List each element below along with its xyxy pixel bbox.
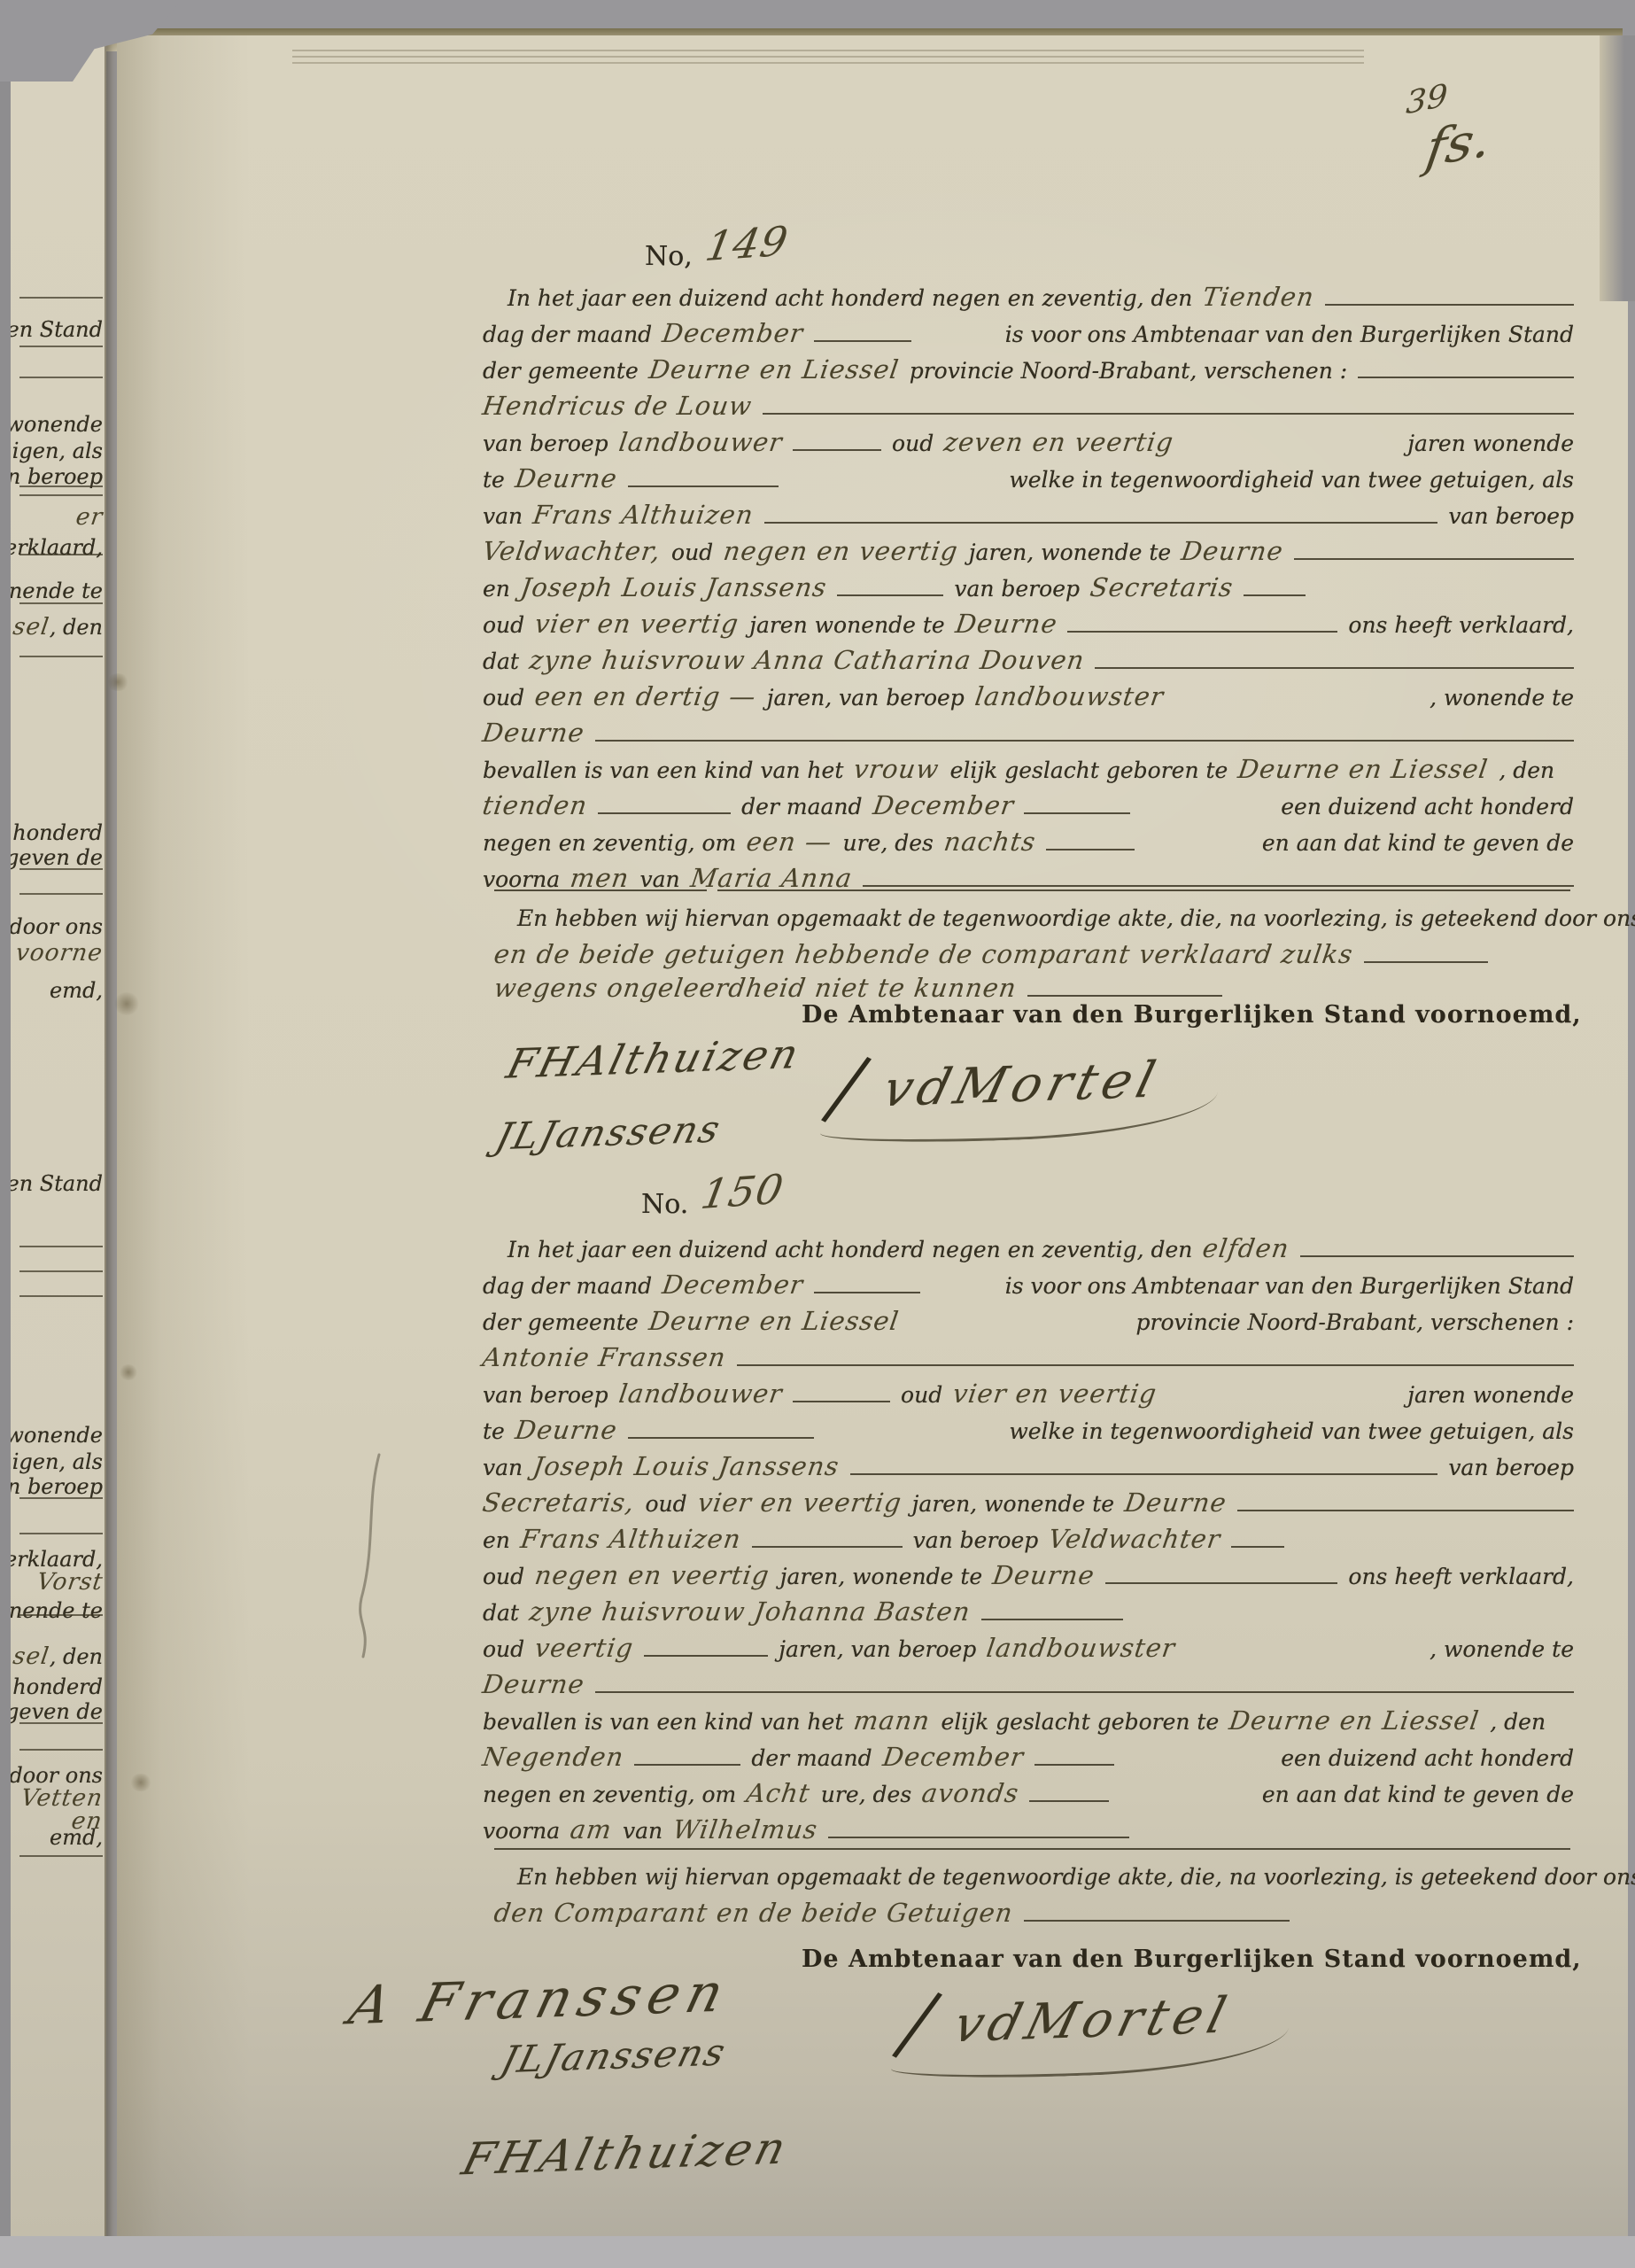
form-line: negen en zeventig, omAchture, desavondse… (483, 1778, 1574, 1814)
blank-line-rule (19, 656, 103, 657)
scan-edge-left (0, 0, 11, 2268)
margin-fragment: emd, (50, 978, 103, 1003)
printed-text: In het jaar een duizend acht honderd neg… (508, 1237, 1192, 1262)
handwritten-text: sel (12, 1643, 51, 1670)
handwritten-text: Hendricus de Louw (481, 391, 755, 421)
printed-text: der gemeente (483, 358, 639, 384)
printed-text: van beroep (1448, 1455, 1574, 1480)
margin-fragment: van beroep (0, 1474, 103, 1499)
printed-text: , den (1499, 757, 1554, 783)
blank-line-rule (19, 554, 103, 555)
printed-text: en aan dat kind te geven de (1262, 1782, 1574, 1807)
margin-fragment: getuigen, als (0, 1449, 103, 1474)
printed-text: jaren wonende (1407, 431, 1574, 456)
printed-text: oud (483, 1564, 524, 1589)
blank-line-rule (1244, 591, 1306, 596)
handwritten-text: elfden (1201, 1233, 1291, 1263)
form-line: van beroeplandbouweroudvier en veertigja… (483, 1379, 1574, 1415)
handwritten-text: Wilhelmus (671, 1814, 820, 1845)
form-line: Deurne (483, 1669, 1574, 1705)
form-line: enJoseph Louis Janssensvan beroepSecreta… (483, 572, 1574, 609)
pencil-mark-icon (344, 1449, 391, 1662)
stain-spot (129, 1774, 152, 1791)
form-line: oudvier en veertigjaren wonende teDeurne… (483, 609, 1574, 645)
blank-line-rule (1105, 1579, 1337, 1584)
blank-line-rule (814, 337, 911, 342)
form-line: datzyne huisvrouw Johanna Basten (483, 1596, 1574, 1633)
printed-text: van beroep (483, 1382, 608, 1408)
page-flourish-mark: fs. (1422, 108, 1495, 178)
printed-text: , wonende te (1430, 685, 1574, 711)
printed-text: voorna (483, 1818, 560, 1844)
handwritten-text: Deurne (513, 463, 619, 493)
printed-text: oud (483, 1636, 524, 1662)
form-line: oudeen en dertig —jaren, van beroeplandb… (483, 681, 1574, 718)
handwritten-text: Secretaris, (481, 1487, 637, 1518)
register-scan: lijken Standaren wonendegetuigen, alsvan… (0, 0, 1635, 2268)
blank-line-rule (494, 1845, 1570, 1850)
blank-line-rule (595, 1688, 1574, 1693)
margin-fragment: emd, (50, 1825, 103, 1850)
handwritten-text: landbouwer (616, 1379, 784, 1409)
signature: JLJanssens (497, 2031, 732, 2082)
act-149-body: In het jaar een duizend acht honderd neg… (483, 282, 1574, 899)
act-number-label: No. (641, 1189, 688, 1220)
printed-text: te geven de (0, 1699, 103, 1724)
handwritten-text: December (661, 318, 806, 348)
act-number-handwritten: 150 (698, 1165, 788, 1218)
blank-line-rule (752, 1542, 903, 1548)
blank-line-rule (1300, 1252, 1574, 1257)
form-line: den Comparant en de beide Getuigen (494, 1898, 1570, 1931)
form-line: teDeurnewelke in tegenwoordigheid van tw… (483, 463, 1574, 500)
printed-text: lijken Stand (0, 1171, 103, 1196)
margin-fragment: , wonende te (0, 579, 103, 603)
blank-line-rule (793, 1397, 890, 1402)
handwritten-text: Joseph Louis Janssens (531, 1451, 841, 1481)
form-line: En hebben wij hiervan opgemaakt de tegen… (494, 1864, 1570, 1898)
blank-line-rule (19, 1533, 103, 1534)
form-line: oudnegen en veertigjaren, wonende teDeur… (483, 1560, 1574, 1596)
registrar-title-line: De Ambtenaar van den Burgerlijken Stand … (802, 1001, 1582, 1029)
blank-line-rule (1095, 664, 1574, 669)
act-150-heading: No.150 (641, 1175, 783, 1223)
handwritten-text: voorne (14, 939, 105, 967)
blank-line-rule (19, 494, 103, 496)
blank-line-rule (598, 809, 731, 814)
printed-text: oud (671, 540, 713, 565)
margin-fragment: sel, den (13, 613, 103, 641)
printed-text: ure, des (821, 1782, 911, 1807)
handwritten-text: vrouw (852, 754, 941, 784)
form-line: En hebben wij hiervan opgemaakt de tegen… (494, 905, 1570, 939)
handwritten-text: Deurne (481, 1669, 587, 1699)
handwritten-text: nachts (942, 827, 1038, 857)
printed-text: en (483, 1527, 510, 1553)
form-line: Hendricus de Louw (483, 391, 1574, 427)
signature: JLJanssens (492, 1107, 726, 1159)
handwritten-text: landbouwster (985, 1633, 1178, 1663)
handwritten-text: Tienden (1201, 282, 1317, 312)
form-line: Deurne (483, 718, 1574, 754)
blank-line-rule (1027, 991, 1222, 997)
printed-text: van beroep (1448, 503, 1574, 529)
stain-spot (119, 1364, 138, 1380)
printed-text: , wonende te (0, 579, 103, 603)
form-line: Negendender maandDecembereen duizend ach… (483, 1742, 1574, 1778)
margin-fragment: getuigen, als (0, 439, 103, 463)
printed-text: ure, des (843, 830, 934, 856)
signature: vdMortel (948, 1987, 1236, 2054)
margin-fragment: end door ons (0, 914, 103, 939)
facing-page-sliver: lijken Standaren wonendegetuigen, alsvan… (11, 35, 106, 2236)
printed-text: van beroep (483, 431, 608, 456)
sheet-edges-texture (292, 50, 1364, 64)
form-line: der gemeenteDeurne en Liesselprovincie N… (483, 354, 1574, 391)
printed-text: oud (483, 685, 524, 711)
printed-text: dat (483, 1600, 519, 1626)
printed-text: jaren, wonende te (969, 540, 1171, 565)
margin-fragment: acht honderd (0, 1674, 103, 1699)
form-line: oudveertigjaren, van beroeplandbouwster,… (483, 1633, 1574, 1669)
margin-fragment: er (76, 503, 103, 531)
handwritten-text: Frans Althuizen (531, 500, 756, 530)
handwritten-text: Deurne (1180, 536, 1286, 566)
printed-text: en (483, 576, 510, 602)
form-line: dag der maandDecemberis voor ons Ambtena… (483, 1270, 1574, 1306)
handwritten-text: den Comparant en de beide Getuigen (492, 1898, 1015, 1928)
blank-line-rule (628, 1433, 814, 1439)
blank-line-rule (1364, 958, 1488, 963)
blank-line-rule (19, 1614, 103, 1616)
handwritten-text: zyne huisvrouw Anna Catharina Douven (528, 645, 1087, 675)
printed-text: aren wonende (0, 412, 103, 437)
handwritten-text: tienden (481, 790, 590, 820)
printed-text: emd, (50, 1825, 103, 1850)
handwritten-text: negen en veertig (722, 536, 960, 566)
printed-text: jaren, van beroep (779, 1636, 976, 1662)
handwritten-text: Deurne (481, 718, 587, 748)
printed-text: dag der maand (483, 1273, 652, 1299)
handwritten-text: en de beide getuigen hebbende de compara… (492, 939, 1355, 969)
blank-line-rule (19, 1855, 103, 1857)
printed-text: ons heeft verklaard, (1348, 612, 1574, 638)
blank-line-rule (19, 1749, 103, 1751)
handwritten-text: Deurne (513, 1415, 619, 1445)
form-line: Antonie Franssen (483, 1342, 1574, 1379)
printed-text: te (483, 1418, 505, 1444)
blank-line-rule (1325, 300, 1574, 306)
printed-text: jaren, van beroep (767, 685, 965, 711)
printed-text: getuigen, als (0, 1449, 103, 1474)
handwritten-text: Deurne en Liessel (647, 354, 901, 384)
printed-text: is voor ons Ambtenaar van den Burgerlijk… (1005, 322, 1574, 347)
blank-line-rule (19, 868, 103, 870)
handwritten-text: am (569, 1814, 615, 1845)
blank-line-rule (1231, 1542, 1284, 1548)
margin-fragment: acht honderd (0, 820, 103, 845)
blank-line-rule (19, 377, 103, 378)
printed-text: ren, wonende (0, 1423, 103, 1448)
handwritten-text: Deurne (991, 1560, 1097, 1590)
printed-text: En hebben wij hiervan opgemaakt de tegen… (517, 1864, 1635, 1890)
blank-line-rule (837, 591, 943, 596)
printed-text: bevallen is van een kind van het (483, 757, 843, 783)
blank-line-rule (828, 1833, 1129, 1838)
form-line: negen en zeventig, omeen —ure, desnachts… (483, 827, 1574, 863)
margin-fragment: sel, den (13, 1643, 103, 1670)
stain-spot (113, 992, 140, 1015)
handwritten-text: mann (852, 1705, 933, 1736)
blank-line-rule (494, 886, 707, 891)
form-line: vanFrans Althuizenvan beroep (483, 500, 1574, 536)
printed-text: oud (645, 1491, 686, 1517)
printed-text: , wonende te (0, 1598, 103, 1623)
handwritten-text: wegens ongeleerdheid niet te kunnen (492, 973, 1019, 1003)
blank-line-rule (19, 297, 103, 299)
handwritten-text: Frans Althuizen (519, 1524, 743, 1554)
printed-text: een duizend acht honderd (1281, 1745, 1574, 1771)
blank-line-rule (19, 346, 103, 347)
handwritten-text: zeven en veertig (942, 427, 1176, 457)
printed-text: een duizend acht honderd (1281, 794, 1574, 819)
printed-text: van beroep (954, 576, 1080, 602)
printed-text: der maand (741, 794, 862, 819)
form-line: tiendender maandDecembereen duizend acht… (483, 790, 1574, 827)
blank-line-rule (814, 1288, 920, 1293)
printed-text: jaren wonende te (749, 612, 944, 638)
printed-text: acht honderd (0, 820, 103, 845)
handwritten-text: December (871, 790, 1016, 820)
blank-line-rule (1046, 845, 1135, 850)
act-150-closing: En hebben wij hiervan opgemaakt de tegen… (494, 1845, 1570, 1931)
printed-text: welke in tegenwoordigheid van twee getui… (1009, 467, 1574, 493)
handwritten-text: Secretaris (1089, 572, 1236, 602)
blank-line-rule (1358, 373, 1574, 378)
form-line: vanJoseph Louis Janssensvan beroep (483, 1451, 1574, 1487)
margin-fragment: ft verklaard, (0, 535, 103, 560)
form-line: bevallen is van een kind van hetvrouweli… (483, 754, 1574, 790)
blank-line-rule (644, 1651, 768, 1657)
handwritten-text: vier en veertig (695, 1487, 903, 1518)
printed-text: te (483, 467, 505, 493)
handwritten-text: vier en veertig (951, 1379, 1159, 1409)
printed-text: negen en zeventig, om (483, 830, 736, 856)
handwritten-text: Deurne (1123, 1487, 1229, 1518)
printed-text: ons heeft verklaard, (1348, 1564, 1574, 1589)
handwritten-text: December (661, 1270, 806, 1300)
printed-text: jaren, wonende te (780, 1564, 982, 1589)
handwritten-text: Deurne en Liessel (1236, 754, 1491, 784)
printed-text: elijk geslacht geboren te (950, 757, 1228, 783)
handwritten-text: Veldwachter, (481, 536, 663, 566)
handwritten-text: Joseph Louis Janssens (519, 572, 829, 602)
printed-text: van beroep (913, 1527, 1039, 1553)
blank-line-rule (1067, 627, 1337, 633)
printed-text: dat (483, 649, 519, 674)
printed-text: welke in tegenwoordigheid van twee getui… (1009, 1418, 1574, 1444)
printed-text: oud (892, 431, 934, 456)
printed-text: van (483, 1455, 523, 1480)
form-line: Veldwachter,oudnegen en veertigjaren, wo… (483, 536, 1574, 572)
printed-text: elijk geslacht geboren te (941, 1709, 1220, 1735)
printed-text: van (483, 503, 523, 529)
form-line: dag der maandDecemberis voor ons Ambtena… (483, 318, 1574, 354)
printed-text: van (623, 1818, 663, 1844)
printed-text: ft verklaard, (0, 535, 103, 560)
printed-text: , den (50, 1644, 103, 1669)
handwritten-text: een — (745, 827, 834, 857)
handwritten-text: Negenden (481, 1742, 626, 1772)
margin-fragment: lijken Stand (0, 1171, 103, 1196)
form-line: In het jaar een duizend acht honderd neg… (483, 282, 1574, 318)
printed-text: En hebben wij hiervan opgemaakt de tegen… (517, 905, 1635, 931)
blank-line-rule (19, 485, 103, 487)
form-line: van beroeplandbouweroudzeven en veertigj… (483, 427, 1574, 463)
blank-line-rule (19, 1722, 103, 1724)
margin-fragment: , wonende te (0, 1598, 103, 1623)
form-line (494, 886, 1570, 905)
handwritten-text: vier en veertig (533, 609, 741, 639)
handwritten-text: veertig (533, 1633, 636, 1663)
printed-text: jaren, wonende te (912, 1491, 1114, 1517)
printed-text: emd, (50, 978, 103, 1003)
act-149-heading: No,149 (645, 227, 787, 275)
blank-line-rule (793, 446, 881, 451)
blank-line-rule (19, 1270, 103, 1272)
printed-text: bevallen is van een kind van het (483, 1709, 843, 1735)
blank-line-rule (981, 1615, 1123, 1620)
blank-line-rule (1237, 1506, 1574, 1511)
handwritten-text: landbouwer (616, 427, 784, 457)
printed-text: der maand (751, 1745, 872, 1771)
blank-line-rule (634, 1760, 740, 1766)
form-line: bevallen is van een kind van hetmannelij… (483, 1705, 1574, 1742)
signature: vdMortel (877, 1052, 1166, 1119)
handwritten-text: Deurne en Liessel (647, 1306, 901, 1336)
handwritten-text: Vorst (35, 1568, 105, 1596)
handwritten-text: negen en veertig (533, 1560, 771, 1590)
blank-line-rule (1024, 809, 1130, 814)
printed-text: lijken Stand (0, 317, 103, 342)
printed-text: te geven de (0, 845, 103, 870)
form-line: enFrans Althuizenvan beroepVeldwachter (483, 1524, 1574, 1560)
margin-fragment: ren, wonende (0, 1423, 103, 1448)
scan-edge-bottom (0, 2236, 1635, 2268)
blank-line-rule (19, 602, 103, 604)
handwritten-text: er (74, 503, 105, 531)
margin-fragment: lijken Stand (0, 317, 103, 342)
blank-line-rule (595, 736, 1574, 742)
stain-spot (106, 673, 129, 691)
printed-text: oud (901, 1382, 942, 1408)
registrar-title-line: De Ambtenaar van den Burgerlijken Stand … (802, 1946, 1582, 1973)
act-150-body: In het jaar een duizend acht honderd neg… (483, 1233, 1574, 1851)
handwritten-text: Deurne (953, 609, 1059, 639)
printed-text: acht honderd (0, 1674, 103, 1699)
handwritten-text: avonds (920, 1778, 1021, 1808)
margin-fragment: Vorst (37, 1568, 103, 1596)
blank-line-rule (1024, 1916, 1290, 1922)
handwritten-text: landbouwster (972, 681, 1166, 711)
printed-text: en aan dat kind te geven de (1262, 830, 1574, 856)
handwritten-text: zyne huisvrouw Johanna Basten (528, 1596, 972, 1627)
handwritten-text: een en dertig — (533, 681, 758, 711)
blank-line-rule (764, 518, 1438, 524)
act-149-closing: En hebben wij hiervan opgemaakt de tegen… (494, 886, 1570, 1006)
blank-line-rule (19, 893, 103, 895)
handwritten-text: Antonie Franssen (481, 1342, 728, 1372)
blank-line-rule (19, 1246, 103, 1247)
printed-text: , wonende te (1430, 1636, 1574, 1662)
printed-text: , den (1490, 1709, 1546, 1735)
form-line (494, 1845, 1570, 1864)
blank-line-rule (1034, 1760, 1114, 1766)
printed-text: In het jaar een duizend acht honderd neg… (508, 285, 1192, 311)
handwritten-text: Deurne en Liessel (1228, 1705, 1482, 1736)
printed-text: negen en zeventig, om (483, 1782, 736, 1807)
printed-text: provincie Noord-Brabant, verschenen : (910, 358, 1347, 384)
margin-fragment: voorne (16, 939, 103, 967)
page-right-edge (1600, 35, 1635, 301)
printed-text: , den (50, 615, 103, 640)
form-line: Secretaris,oudvier en veertigjaren, wone… (483, 1487, 1574, 1524)
printed-text: end door ons (0, 914, 103, 939)
blank-line-rule (19, 1497, 103, 1499)
handwritten-text: sel (12, 613, 51, 641)
printed-text: getuigen, als (0, 439, 103, 463)
blank-line-rule (763, 409, 1574, 415)
blank-line-rule (628, 482, 779, 487)
blank-line-rule (717, 886, 1570, 891)
blank-line-rule (1294, 555, 1574, 560)
handwritten-text: December (880, 1742, 1026, 1772)
margin-fragment: aren wonende (0, 412, 103, 437)
blank-line-rule (850, 1470, 1438, 1475)
margin-fragment: te geven de (0, 845, 103, 870)
blank-line-rule (1029, 1797, 1109, 1802)
act-number-handwritten: 149 (701, 217, 792, 270)
handwritten-text: Acht (745, 1778, 812, 1808)
printed-text: jaren wonende (1407, 1382, 1574, 1408)
blank-line-rule (19, 1295, 103, 1297)
form-line: der gemeenteDeurne en Liesselprovincie N… (483, 1306, 1574, 1342)
printed-text: der gemeente (483, 1309, 639, 1335)
printed-text: dag der maand (483, 322, 652, 347)
margin-fragment: te geven de (0, 1699, 103, 1724)
form-line: teDeurnewelke in tegenwoordigheid van tw… (483, 1415, 1574, 1451)
form-line: en de beide getuigen hebbende de compara… (494, 939, 1570, 973)
printed-text: provincie Noord-Brabant, verschenen : (1136, 1309, 1574, 1335)
blank-line-rule (737, 1361, 1574, 1366)
printed-text: oud (483, 612, 524, 638)
act-number-label: No, (645, 241, 693, 272)
printed-text: is voor ons Ambtenaar van den Burgerlijk… (1005, 1273, 1574, 1299)
handwritten-text: Veldwachter (1047, 1524, 1223, 1554)
form-line: In het jaar een duizend acht honderd neg… (483, 1233, 1574, 1270)
form-line: datzyne huisvrouw Anna Catharina Douven (483, 645, 1574, 681)
printed-text: van beroep (0, 1474, 103, 1499)
